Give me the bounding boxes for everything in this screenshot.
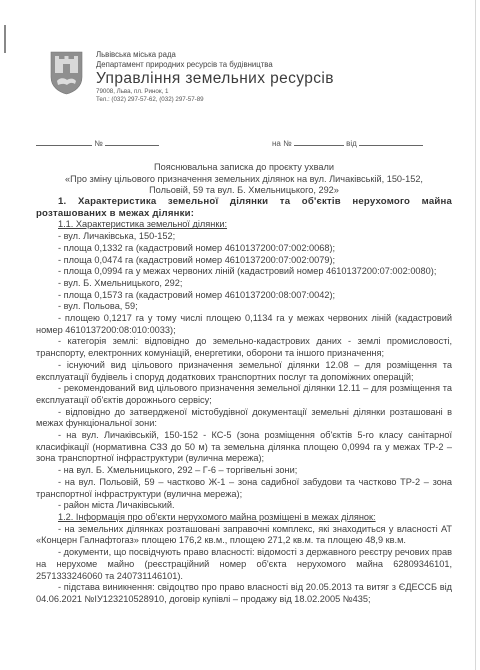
outgoing-registration: № [36, 136, 159, 148]
list-item: - вул. Личаківська, 150-152; [36, 231, 452, 243]
section-1-heading: 1. Характеристика земельної ділянки та о… [36, 196, 452, 219]
date-blank [36, 136, 92, 146]
document-body: 1. Характеристика земельної ділянки та о… [36, 196, 452, 606]
no-label: № [94, 139, 103, 148]
list-item: - на земельних ділянках розташовані запр… [36, 524, 452, 547]
ref-date-blank [359, 136, 423, 146]
list-item: - площа 0,1332 га (кадастровий номер 461… [36, 243, 452, 255]
document-title: Пояснювальна записка до проєкту ухвали «… [36, 162, 452, 197]
department-name: Департамент природних ресурсів та будівн… [96, 60, 334, 70]
list-item: - площею 0,1217 га у тому числі площею 0… [36, 313, 452, 336]
list-item: - існуючий вид цільового призначення зем… [36, 360, 452, 383]
subsection-1-2-heading: 1.2. Інформація про об'єкти нерухомого м… [36, 512, 452, 524]
letterhead: Львівська міська рада Департамент природ… [50, 50, 450, 110]
from-label: від [346, 139, 357, 148]
list-item: - на вул. Польовій, 59 – частково Ж-1 – … [36, 477, 452, 500]
title-line-3: Польовій, 59 та вул. Б. Хмельницького, 2… [36, 185, 452, 197]
list-item: - вул. Б. Хмельницького, 292; [36, 278, 452, 290]
document-page: Львівська міська рада Департамент природ… [0, 0, 480, 670]
list-item: - площа 0,0994 га у межах червоних ліній… [36, 266, 452, 278]
number-blank [105, 136, 159, 146]
office-name: Управління земельних ресурсів [96, 70, 334, 88]
phones: Тел.: (032) 297-57-62, (032) 297-57-89 [96, 96, 334, 104]
lviv-coat-of-arms-icon [50, 51, 83, 95]
letterhead-text: Львівська міська рада Департамент природ… [96, 50, 334, 104]
council-name: Львівська міська рада [96, 50, 334, 60]
incoming-registration: на № від [272, 136, 423, 148]
page-edge-line [475, 0, 476, 670]
ref-number-blank [294, 136, 344, 146]
title-line-2: «Про зміну цільового призначення земельн… [36, 174, 452, 186]
list-item: - площа 0,1573 га (кадастровий номер 461… [36, 290, 452, 302]
subsection-1-1-heading: 1.1. Характеристика земельної ділянки: [36, 219, 452, 231]
list-item: - вул. Польова, 59; [36, 301, 452, 313]
list-item: - на вул. Б. Хмельницького, 292 – Г-6 – … [36, 465, 452, 477]
scan-edge-mark [4, 25, 6, 53]
address: 79008, Льва, пл. Ринок, 1 [96, 88, 334, 96]
title-line-1: Пояснювальна записка до проєкту ухвали [36, 162, 452, 174]
ref-no-label: на № [272, 139, 292, 148]
list-item: - категорія землі: відповідно до земельн… [36, 336, 452, 359]
list-item: - відповідно до затвердженої містобудівн… [36, 407, 452, 430]
list-item: - на вул. Личаківській, 150-152 - КС-5 (… [36, 430, 452, 465]
list-item: - документи, що посвідчують право власно… [36, 547, 452, 582]
list-item: - площа 0,0474 га (кадастровий номер 461… [36, 255, 452, 267]
list-item: - рекомендований вид цільового призначен… [36, 383, 452, 406]
list-item: - район міста Личаківський. [36, 500, 452, 512]
list-item: - підстава виникнення: свідоцтво про пра… [36, 582, 452, 605]
